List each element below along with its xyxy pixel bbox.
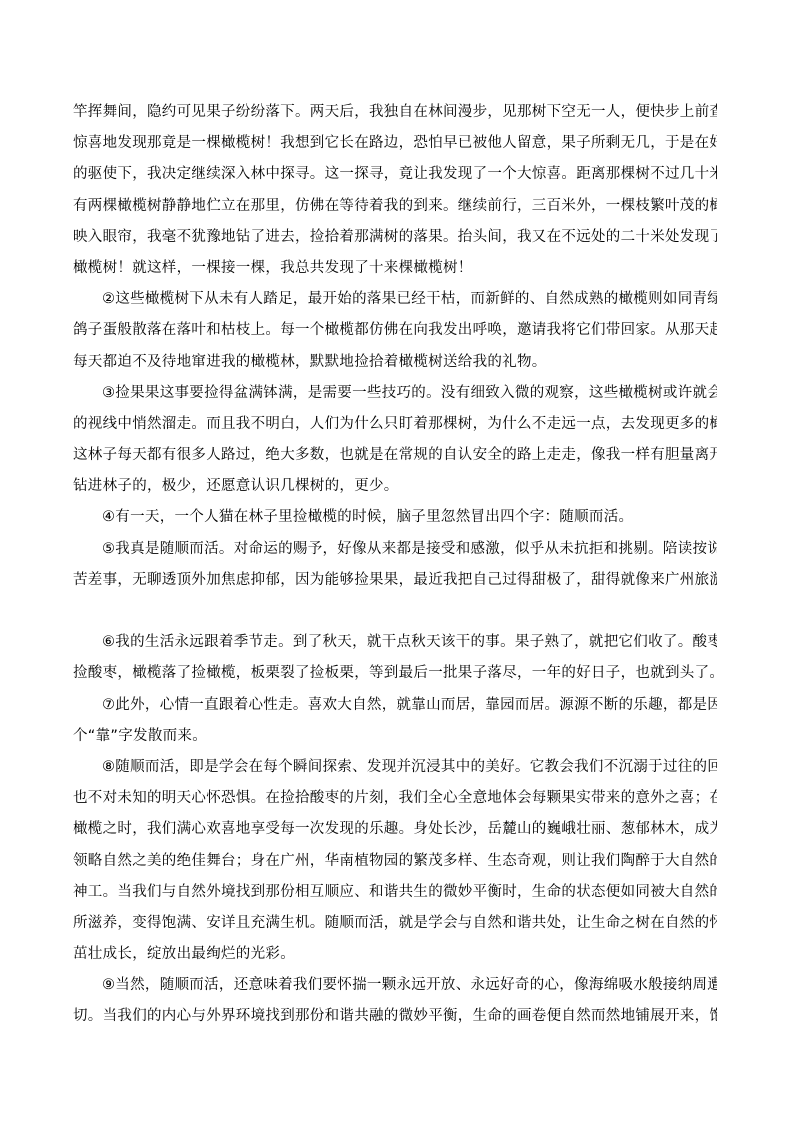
paragraph-7: ⑦此外，心情一直跟着心性走。喜欢大自然，就靠山而居，靠园而居。源源不断的乐趣，都… <box>73 690 717 752</box>
paragraph-8: ⑧随顺而活，即是学会在每个瞬间探索、发现并沉浸其中的美好。它教会我们不沉溺于过往… <box>73 752 717 970</box>
paragraph-1-continued: 竿挥舞间，隐约可见果子纷纷落下。两天后，我独自在林间漫步，见那树下空无一人，便快… <box>73 97 717 284</box>
text-line: 所滋养，变得饱满、安详且充满生机。随顺而活，就是学会与自然和谐共处，让生命之树在… <box>73 908 717 939</box>
text-line: 的视线中悄然溜走。而且我不明白，人们为什么只盯着那棵树，为什么不走远一点，去发现… <box>73 409 717 440</box>
text-line: 的驱使下，我决定继续深入林中探寻。这一探寻，竟让我发现了一个大惊喜。距离那棵树不… <box>73 159 717 190</box>
paragraph-6: ⑥我的生活永远跟着季节走。到了秋天，就干点秋天该干的事。果子熟了，就把它们收了。… <box>73 627 717 689</box>
text-line: ⑦此外，心情一直跟着心性走。喜欢大自然，就靠山而居，靠园而居。源源不断的乐趣，都… <box>73 690 717 721</box>
text-line: 每天都迫不及待地窜进我的橄榄林，默默地捡拾着橄榄树送给我的礼物。 <box>73 347 717 378</box>
paragraph-3: ③捡果果这事要捡得盆满钵满，是需要一些技巧的。没有细致入微的观察，这些橄榄树或许… <box>73 378 717 503</box>
text-line: 钻进林子的，极少，还愿意认识几棵树的，更少。 <box>73 471 717 502</box>
document-page: 竿挥舞间，隐约可见果子纷纷落下。两天后，我独自在林间漫步，见那树下空无一人，便快… <box>73 97 717 1033</box>
paragraph-2: ②这些橄榄树下从未有人踏足，最开始的落果已经干枯，而新鲜的、自然成熟的橄榄则如同… <box>73 284 717 378</box>
text-line: 苦差事，无聊透顶外加焦虑抑郁，因为能够捡果果，最近我把自己过得甜极了，甜得就像来… <box>73 565 717 596</box>
text-line: 映入眼帘，我毫不犹豫地钻了进去，捡拾着那满树的落果。抬头间，我又在不远处的二十米… <box>73 222 717 253</box>
text-line: 橄榄之时，我们满心欢喜地享受每一次发现的乐趣。身处长沙，岳麓山的巍峨壮丽、葱郁林… <box>73 814 717 845</box>
paragraph-9: ⑨当然，随顺而活，还意味着我们要怀揣一颗永远开放、永远好奇的心，像海绵吸水般接纳… <box>73 970 717 1032</box>
text-line: 有两棵橄榄树静静地伫立在那里，仿佛在等待着我的到来。继续前行，三百米外，一棵枝繁… <box>73 191 717 222</box>
text-line: 橄榄树！就这样，一棵接一棵，我总共发现了十来棵橄榄树！ <box>73 253 717 284</box>
text-line: ⑥我的生活永远跟着季节走。到了秋天，就干点秋天该干的事。果子熟了，就把它们收了。… <box>73 627 717 658</box>
text-line: 惊喜地发现那竟是一棵橄榄树！我想到它长在路边，恐怕早已被他人留意，果子所剩无几，… <box>73 128 717 159</box>
text-line: 茁壮成长，绽放出最绚烂的光彩。 <box>73 939 717 970</box>
text-line: 鸽子蛋般散落在落叶和枯枝上。每一个橄榄都仿佛在向我发出呼唤，邀请我将它们带回家。… <box>73 315 717 346</box>
text-line: ⑤我真是随顺而活。对命运的赐予，好像从来都是接受和感激，似乎从未抗拒和挑剔。陪读… <box>73 534 717 565</box>
text-line: 也不对未知的明天心怀恐惧。在捡拾酸枣的片刻，我们全心全意地体会每颗果实带来的意外… <box>73 783 717 814</box>
text-line: 神工。当我们与自然外境找到那份相互顺应、和谐共生的微妙平衡时，生命的状态便如同被… <box>73 877 717 908</box>
text-line: ③捡果果这事要捡得盆满钵满，是需要一些技巧的。没有细致入微的观察，这些橄榄树或许… <box>73 378 717 409</box>
text-line: 这林子每天都有很多人路过，绝大多数，也就是在常规的自认安全的路上走走，像我一样有… <box>73 440 717 471</box>
paragraph-4: ④有一天，一个人猫在林子里捡橄榄的时候，脑子里忽然冒出四个字：随顺而活。 <box>73 502 717 533</box>
text-line: 切。当我们的内心与外界环境找到那份和谐共融的微妙平衡，生命的画卷便自然而然地铺展… <box>73 1001 717 1032</box>
text-line: 领略自然之美的绝佳舞台；身在广州，华南植物园的繁茂多样、生态奇观，则让我们陶醉于… <box>73 846 717 877</box>
text-line: 个“靠”字发散而来。 <box>73 721 717 752</box>
text-line: ⑨当然，随顺而活，还意味着我们要怀揣一颗永远开放、永远好奇的心，像海绵吸水般接纳… <box>73 970 717 1001</box>
text-line: ④有一天，一个人猫在林子里捡橄榄的时候，脑子里忽然冒出四个字：随顺而活。 <box>73 502 717 533</box>
blank-line <box>73 596 717 627</box>
paragraph-5: ⑤我真是随顺而活。对命运的赐予，好像从来都是接受和感激，似乎从未抗拒和挑剔。陪读… <box>73 534 717 596</box>
text-line: 竿挥舞间，隐约可见果子纷纷落下。两天后，我独自在林间漫步，见那树下空无一人，便快… <box>73 97 717 128</box>
text-line: 捡酸枣，橄榄落了捡橄榄，板栗裂了捡板栗，等到最后一批果子落尽，一年的好日子，也就… <box>73 658 717 689</box>
text-line: ⑧随顺而活，即是学会在每个瞬间探索、发现并沉浸其中的美好。它教会我们不沉溺于过往… <box>73 752 717 783</box>
text-line: ②这些橄榄树下从未有人踏足，最开始的落果已经干枯，而新鲜的、自然成熟的橄榄则如同… <box>73 284 717 315</box>
